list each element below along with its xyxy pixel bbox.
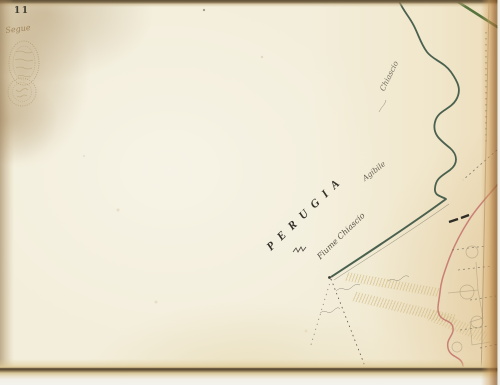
map-artwork	[0, 0, 500, 385]
corner-stream-path	[452, 0, 500, 30]
sheet-number: 11	[14, 6, 30, 16]
parcel-number-circles	[452, 246, 483, 352]
illegible-annotation	[320, 100, 409, 313]
culvert-scribble	[293, 247, 306, 252]
round-stamp-icon	[8, 78, 36, 106]
bridge-mark	[449, 215, 469, 222]
sheet-edge-line	[481, 2, 489, 383]
river-straight-path	[331, 199, 446, 277]
river-path	[399, 1, 459, 199]
river-end-mark	[328, 276, 331, 279]
river-bank-line	[334, 204, 449, 280]
scanned-map-sheet: 11 Segue PERUGIA Fiume Chiascio Agibile …	[0, 0, 500, 385]
road-red-path	[438, 184, 498, 385]
